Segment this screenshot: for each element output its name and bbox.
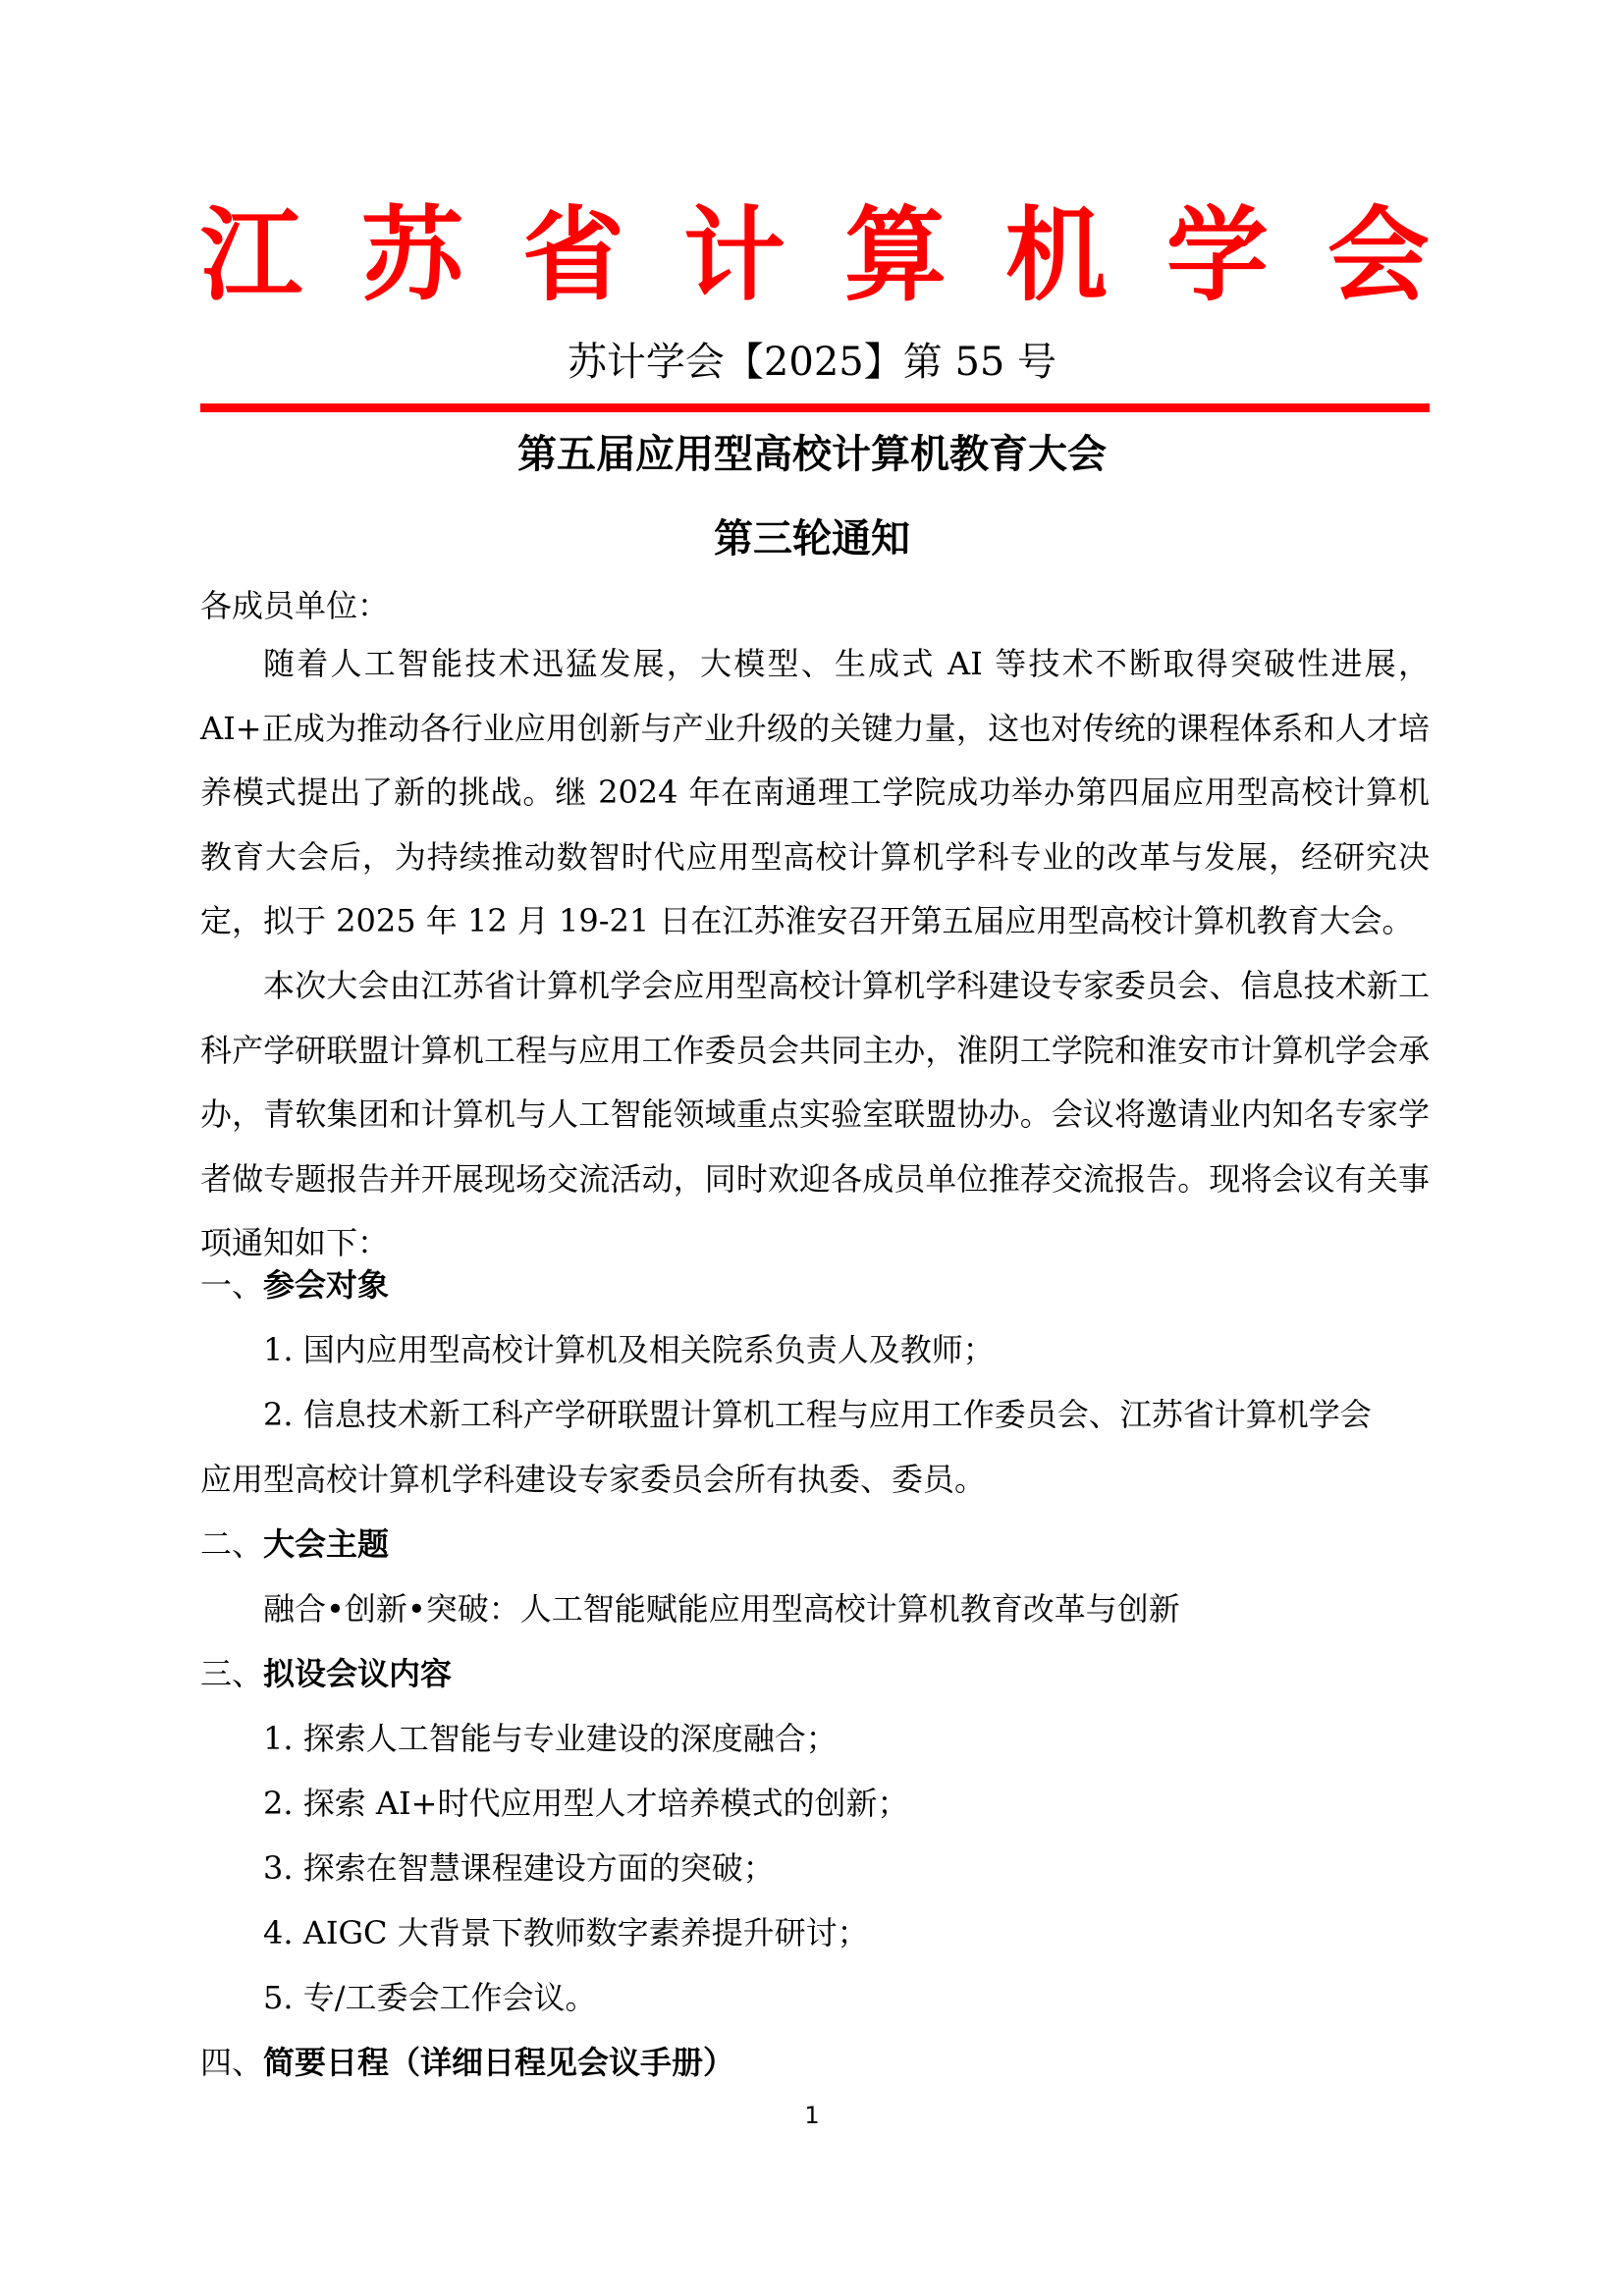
list-item: 3. 探索在智慧课程建设方面的突破； bbox=[263, 1843, 1492, 1893]
list-item: 5. 专/工委会工作会议。 bbox=[263, 1973, 1492, 2022]
section-title: 大会主题 bbox=[263, 1525, 389, 1563]
section-title: 参会对象 bbox=[263, 1266, 389, 1304]
section-title: 简要日程（详细日程见会议手册） bbox=[263, 2044, 734, 2081]
section-title: 拟设会议内容 bbox=[263, 1655, 452, 1692]
list-item: 4. AIGC 大背景下教师数字素养提升研讨； bbox=[263, 1908, 1492, 1957]
org-title-char: 算 bbox=[844, 196, 947, 314]
section-number: 四、 bbox=[200, 2044, 263, 2081]
org-title-char: 学 bbox=[1166, 196, 1269, 314]
section-heading-schedule: 四、简要日程（详细日程见会议手册） bbox=[200, 2038, 734, 2087]
section-heading-participants: 一、参会对象 bbox=[200, 1260, 389, 1309]
section-number: 一、 bbox=[200, 1266, 263, 1304]
conference-theme: 融合•创新•突破：人工智能赋能应用型高校计算机教育改革与创新 bbox=[263, 1584, 1492, 1633]
page-number: 1 bbox=[0, 2101, 1624, 2130]
org-title-char: 机 bbox=[1005, 196, 1108, 314]
list-item: 2. 信息技术新工科产学研联盟计算机工程与应用工作委员会、江苏省计算机学会 bbox=[263, 1390, 1492, 1439]
section-heading-content: 三、拟设会议内容 bbox=[200, 1649, 452, 1698]
intro-paragraph: 随着人工智能技术迅猛发展，大模型、生成式 AI 等技术不断取得突破性进展，AI+… bbox=[200, 632, 1430, 954]
notice-title: 第五届应用型高校计算机教育大会 bbox=[0, 430, 1624, 479]
organization-title: 江 苏 省 计 算 机 学 会 bbox=[200, 196, 1430, 314]
org-title-char: 苏 bbox=[361, 196, 463, 314]
list-item-continuation: 应用型高校计算机学科建设专家委员会所有执委、委员。 bbox=[200, 1455, 1430, 1504]
section-heading-theme: 二、大会主题 bbox=[200, 1520, 389, 1569]
section-number: 三、 bbox=[200, 1655, 263, 1692]
list-item: 2. 探索 AI+时代应用型人才培养模式的创新； bbox=[263, 1779, 1492, 1828]
org-title-char: 会 bbox=[1327, 196, 1430, 314]
org-title-char: 计 bbox=[683, 196, 785, 314]
red-divider bbox=[200, 403, 1430, 412]
salutation: 各成员单位： bbox=[200, 581, 1430, 630]
list-item: 1. 探索人工智能与专业建设的深度融合； bbox=[263, 1714, 1492, 1763]
organizer-paragraph: 本次大会由江苏省计算机学会应用型高校计算机学科建设专家委员会、信息技术新工科产学… bbox=[200, 954, 1430, 1276]
notice-subtitle: 第三轮通知 bbox=[0, 514, 1624, 563]
section-number: 二、 bbox=[200, 1525, 263, 1563]
org-title-char: 省 bbox=[522, 196, 624, 314]
document-number: 苏计学会【2025】第 55 号 bbox=[0, 338, 1624, 387]
list-item: 1. 国内应用型高校计算机及相关院系负责人及教师； bbox=[263, 1325, 1492, 1374]
document-page: 江 苏 省 计 算 机 学 会 苏计学会【2025】第 55 号 第五届应用型高… bbox=[0, 0, 1624, 2296]
org-title-char: 江 bbox=[200, 196, 302, 314]
